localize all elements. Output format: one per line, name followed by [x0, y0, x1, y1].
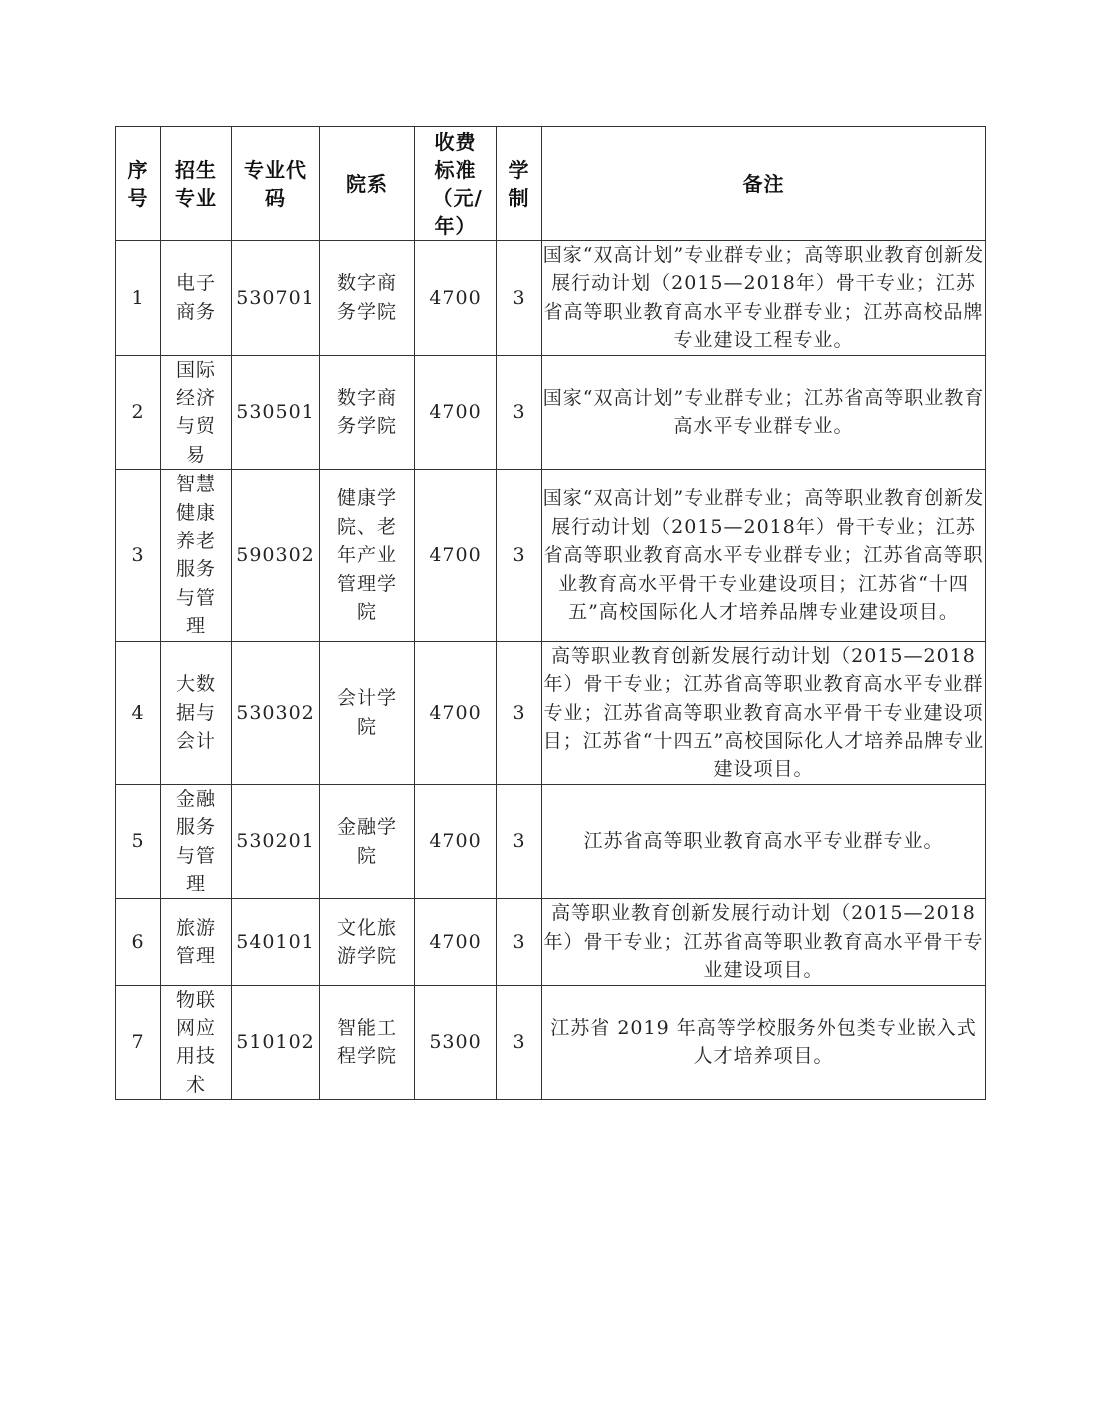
cell-index: 3: [116, 470, 161, 641]
cell-years: 3: [497, 784, 542, 899]
cell-department: 数字商务学院: [320, 241, 415, 356]
cell-major: 电子商务: [161, 241, 232, 356]
cell-department: 数字商务学院: [320, 355, 415, 470]
cell-years: 3: [497, 470, 542, 641]
header-years: 学制: [497, 127, 542, 241]
cell-code: 590302: [232, 470, 320, 641]
cell-code: 540101: [232, 899, 320, 985]
cell-remark: 江苏省高等职业教育高水平专业群专业。: [542, 784, 986, 899]
cell-department: 文化旅游学院: [320, 899, 415, 985]
table-row: 4 大数据与会计 530302 会计学院 4700 3 高等职业教育创新发展行动…: [116, 641, 986, 784]
header-code: 专业代码: [232, 127, 320, 241]
cell-department: 金融学院: [320, 784, 415, 899]
cell-remark: 高等职业教育创新发展行动计划（2015—2018 年）骨干专业；江苏省高等职业教…: [542, 641, 986, 784]
cell-major: 智慧健康养老服务与管理: [161, 470, 232, 641]
header-department: 院系: [320, 127, 415, 241]
cell-index: 6: [116, 899, 161, 985]
cell-remark: 国家“双高计划”专业群专业；高等职业教育创新发展行动计划（2015—2018年）…: [542, 241, 986, 356]
cell-index: 7: [116, 985, 161, 1100]
cell-remark: 高等职业教育创新发展行动计划（2015—2018 年）骨干专业；江苏省高等职业教…: [542, 899, 986, 985]
cell-years: 3: [497, 985, 542, 1100]
cell-department: 会计学院: [320, 641, 415, 784]
cell-years: 3: [497, 355, 542, 470]
cell-major: 金融服务与管理: [161, 784, 232, 899]
cell-years: 3: [497, 641, 542, 784]
cell-department: 智能工程学院: [320, 985, 415, 1100]
table-row: 1 电子商务 530701 数字商务学院 4700 3 国家“双高计划”专业群专…: [116, 241, 986, 356]
cell-major: 物联网应用技术: [161, 985, 232, 1100]
table-row: 3 智慧健康养老服务与管理 590302 健康学院、老年产业管理学院 4700 …: [116, 470, 986, 641]
header-index: 序号: [116, 127, 161, 241]
cell-code: 530501: [232, 355, 320, 470]
header-row: 序号 招生专业 专业代码 院系 收费标准（元/年） 学制 备注: [116, 127, 986, 241]
cell-major: 国际经济与贸易: [161, 355, 232, 470]
cell-fee: 4700: [415, 899, 497, 985]
cell-major: 大数据与会计: [161, 641, 232, 784]
cell-fee: 4700: [415, 784, 497, 899]
table-row: 7 物联网应用技术 510102 智能工程学院 5300 3 江苏省 2019 …: [116, 985, 986, 1100]
table-row: 2 国际经济与贸易 530501 数字商务学院 4700 3 国家“双高计划”专…: [116, 355, 986, 470]
cell-index: 4: [116, 641, 161, 784]
cell-fee: 4700: [415, 470, 497, 641]
enrollment-majors-table: 序号 招生专业 专业代码 院系 收费标准（元/年） 学制 备注 1 电子商务 5…: [115, 126, 986, 1100]
cell-fee: 5300: [415, 985, 497, 1100]
cell-index: 5: [116, 784, 161, 899]
cell-code: 530201: [232, 784, 320, 899]
cell-code: 510102: [232, 985, 320, 1100]
cell-department: 健康学院、老年产业管理学院: [320, 470, 415, 641]
table-row: 5 金融服务与管理 530201 金融学院 4700 3 江苏省高等职业教育高水…: [116, 784, 986, 899]
cell-fee: 4700: [415, 641, 497, 784]
document-page: 序号 招生专业 专业代码 院系 收费标准（元/年） 学制 备注 1 电子商务 5…: [0, 0, 1099, 1422]
cell-index: 1: [116, 241, 161, 356]
header-fee: 收费标准（元/年）: [415, 127, 497, 241]
cell-remark: 国家“双高计划”专业群专业；江苏省高等职业教育高水平专业群专业。: [542, 355, 986, 470]
cell-fee: 4700: [415, 241, 497, 356]
cell-remark: 国家“双高计划”专业群专业；高等职业教育创新发展行动计划（2015—2018年）…: [542, 470, 986, 641]
table-row: 6 旅游管理 540101 文化旅游学院 4700 3 高等职业教育创新发展行动…: [116, 899, 986, 985]
cell-code: 530302: [232, 641, 320, 784]
cell-fee: 4700: [415, 355, 497, 470]
cell-remark: 江苏省 2019 年高等学校服务外包类专业嵌入式人才培养项目。: [542, 985, 986, 1100]
cell-years: 3: [497, 241, 542, 356]
cell-major: 旅游管理: [161, 899, 232, 985]
cell-years: 3: [497, 899, 542, 985]
header-major: 招生专业: [161, 127, 232, 241]
cell-code: 530701: [232, 241, 320, 356]
header-remark: 备注: [542, 127, 986, 241]
cell-index: 2: [116, 355, 161, 470]
